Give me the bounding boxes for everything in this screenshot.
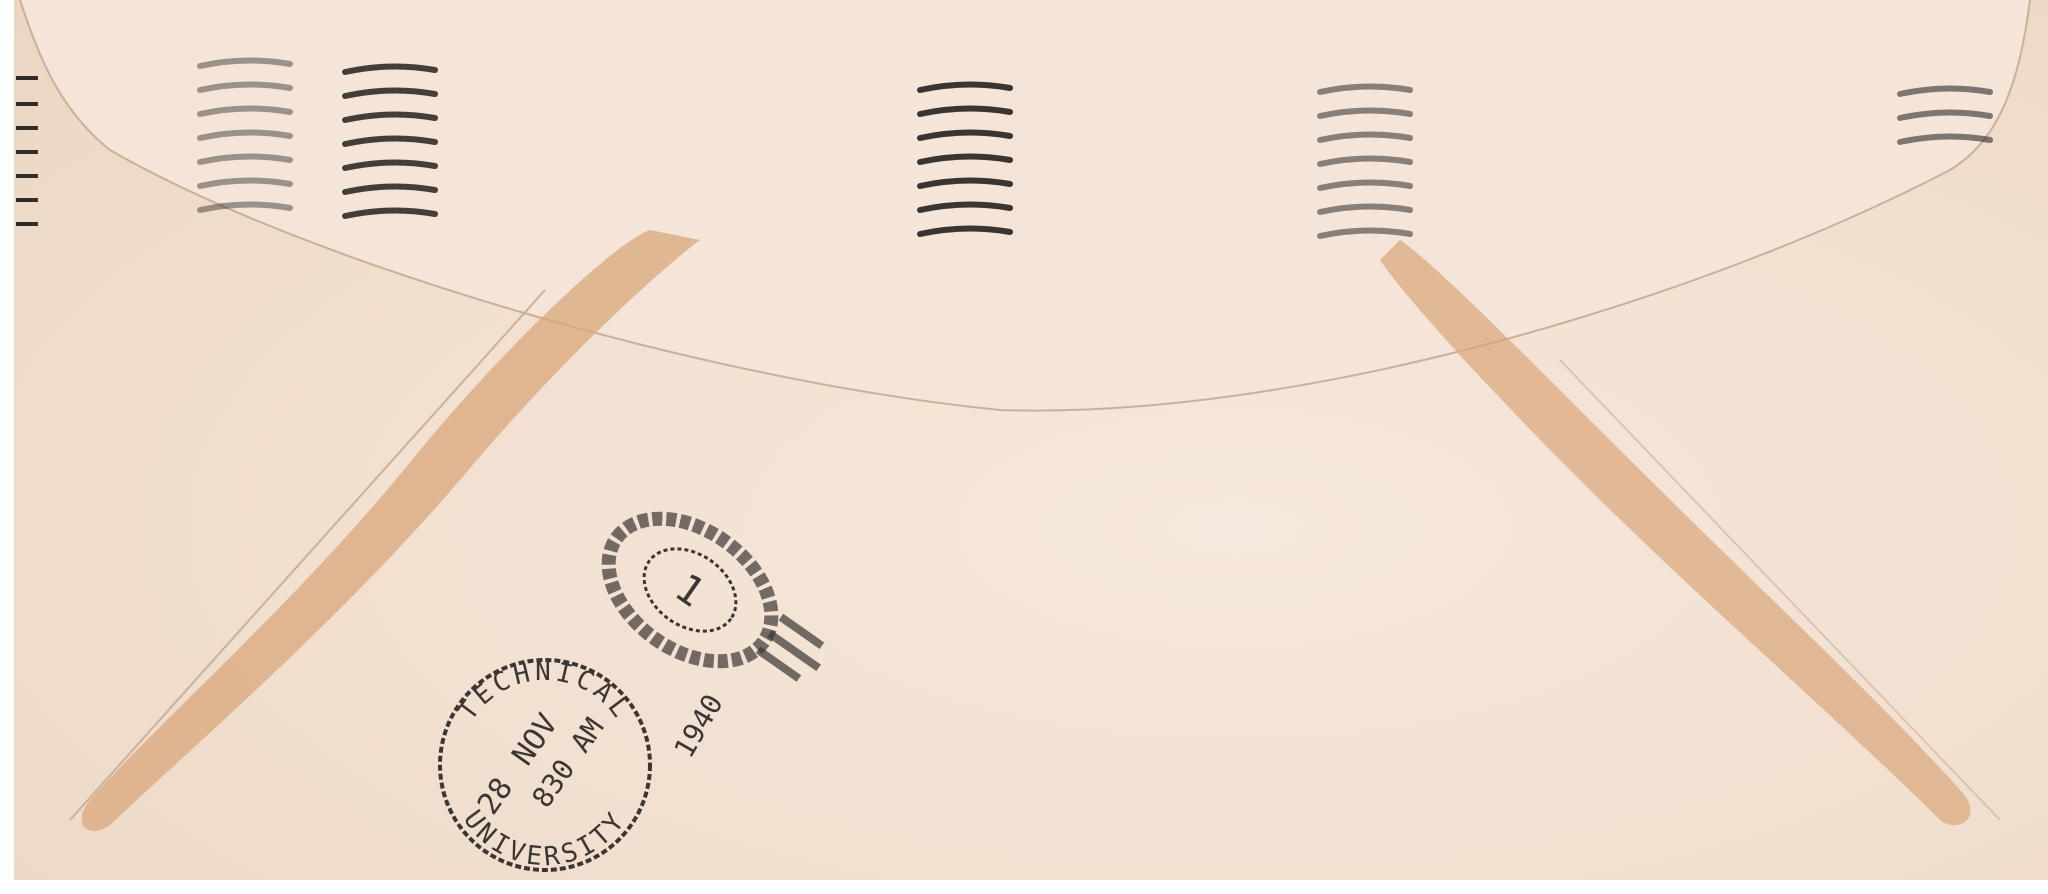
postmark-year: 1940 [667, 689, 729, 764]
duplex-cancel: 1 [582, 489, 847, 725]
glue-stain-right [1380, 240, 1970, 825]
postmark-office-bottom: UNIVERSITY [457, 805, 633, 872]
duplex-number: 1 [666, 565, 712, 617]
envelope-drawing: 1 TECHNICAL UNIVERSITY 28 NOV 830 AM 194… [0, 0, 2048, 894]
round-postmark: TECHNICAL UNIVERSITY 28 NOV 830 AM [440, 657, 650, 872]
envelope-flap [20, 0, 2030, 411]
left-fold-line [70, 290, 545, 820]
right-fold-line [1560, 360, 2000, 820]
glue-stain-left [82, 230, 700, 831]
left-edge-cancel [16, 78, 38, 224]
svg-text:UNIVERSITY: UNIVERSITY [457, 805, 633, 872]
